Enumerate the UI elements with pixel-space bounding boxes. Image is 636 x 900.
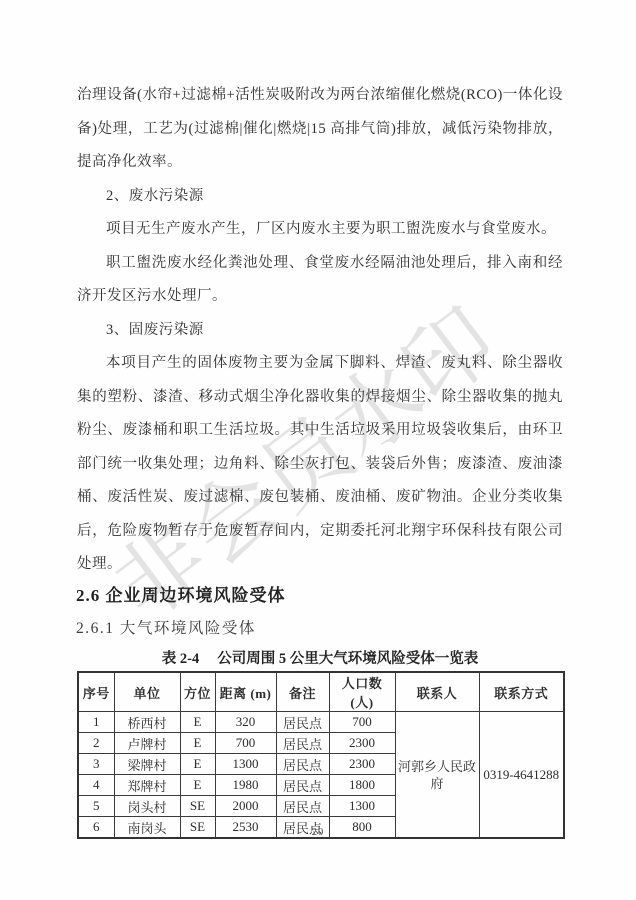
column-header: 距离 (m) <box>215 672 276 712</box>
body-line: 备)处理，工艺为(过滤棉|催化|燃烧|15 高排气筒)排放，减低污染物排放， <box>77 113 563 147</box>
table-cell: 1980 <box>215 775 276 796</box>
body-line: 后，危险废物暂存于危废暂存间内，定期委托河北翔宇环保科技有限公司 <box>77 515 563 549</box>
subsection-heading: 2.6.1 大气环境风险受体 <box>76 616 562 638</box>
table-cell: 居民点 <box>276 775 329 796</box>
column-header: 人口数(人) <box>329 672 395 712</box>
table-cell: 1 <box>78 712 114 733</box>
table-cell: 居民点 <box>276 733 329 754</box>
body-line: 提高净化效率。 <box>77 146 563 180</box>
table-cell: E <box>180 733 215 754</box>
column-header: 单位 <box>114 672 180 712</box>
table-caption: 表 2-4公司周围 5 公里大气环境风险受体一览表 <box>77 647 563 668</box>
page-number: 20 <box>0 827 636 838</box>
table-cell: 2300 <box>329 733 395 754</box>
table-cell: 700 <box>329 712 395 733</box>
table-cell: 2 <box>78 733 114 754</box>
section-heading: 2.6 企业周边环境风险受体 <box>76 581 562 606</box>
body-text: 治理设备(水帘+过滤棉+活性炭吸附改为两台浓缩催化燃烧(RCO)一体化设备)处理… <box>77 79 563 582</box>
body-line: 桶、废活性炭、废过滤棉、废包装桶、废油桶、废矿物油。企业分类收集 <box>77 481 563 515</box>
table-cell: 700 <box>215 733 276 754</box>
table-cell: 2300 <box>329 754 395 775</box>
body-line: 项目无生产废水产生，厂区内废水主要为职工盥洗废水与食堂废水。 <box>77 213 563 247</box>
body-line: 处理。 <box>77 548 563 582</box>
body-line: 集的塑粉、漆渣、移动式烟尘净化器收集的焊接烟尘、除尘器收集的抛丸 <box>77 381 563 415</box>
table-header-row: 序号单位方位距离 (m)备注人口数(人)联系人联系方式 <box>78 672 564 712</box>
table-cell: 梁牌村 <box>114 754 180 775</box>
contact-phone-cell: 0319-4641288 <box>479 712 564 839</box>
table-caption-label: 表 2-4 <box>162 651 199 667</box>
table-cell: E <box>180 712 215 733</box>
column-header: 序号 <box>78 672 114 712</box>
body-line: 部门统一收集处理；边角料、除尘灰打包、装袋后外售；废漆渣、废油漆 <box>77 448 563 482</box>
table-cell: 1300 <box>329 796 395 817</box>
body-line: 济开发区污水处理厂。 <box>77 280 563 314</box>
contact-person-cell: 河郭乡人民政府 <box>395 712 479 839</box>
table-cell: 居民点 <box>276 712 329 733</box>
document-page: 非会员水印 治理设备(水帘+过滤棉+活性炭吸附改为两台浓缩催化燃烧(RCO)一体… <box>0 0 636 900</box>
column-header: 方位 <box>180 672 215 712</box>
table-cell: 居民点 <box>276 796 329 817</box>
table-body: 1桥西村E320居民点700河郭乡人民政府0319-46412882卢牌村E70… <box>78 712 564 839</box>
table-cell: 桥西村 <box>114 712 180 733</box>
table-cell: 2000 <box>215 796 276 817</box>
body-line: 本项目产生的固体废物主要为金属下脚料、焊渣、废丸料、除尘器收 <box>77 347 563 381</box>
table-cell: 320 <box>215 712 276 733</box>
table-cell: SE <box>180 796 215 817</box>
table-cell: E <box>180 754 215 775</box>
table-cell: 4 <box>78 775 114 796</box>
table-cell: 3 <box>78 754 114 775</box>
table-cell: 郑牌村 <box>114 775 180 796</box>
table-cell: 卢牌村 <box>114 733 180 754</box>
table-row: 1桥西村E320居民点700河郭乡人民政府0319-4641288 <box>78 712 564 733</box>
table-cell: 居民点 <box>276 754 329 775</box>
table-cell: 5 <box>78 796 114 817</box>
table-cell: 1300 <box>215 754 276 775</box>
body-line: 粉尘、废漆桶和职工生活垃圾。其中生活垃圾采用垃圾袋收集后，由环卫 <box>77 414 563 448</box>
risk-receptor-table: 序号单位方位距离 (m)备注人口数(人)联系人联系方式 1桥西村E320居民点7… <box>77 671 565 839</box>
table-cell: 岗头村 <box>114 796 180 817</box>
table-cell: 1800 <box>329 775 395 796</box>
body-line: 3、固废污染源 <box>77 314 563 348</box>
body-line: 职工盥洗废水经化粪池处理、食堂废水经隔油池处理后，排入南和经 <box>77 247 563 281</box>
body-line: 2、废水污染源 <box>77 180 563 214</box>
column-header: 联系人 <box>395 672 479 712</box>
column-header: 备注 <box>276 672 329 712</box>
table-cell: E <box>180 775 215 796</box>
column-header: 联系方式 <box>479 672 564 712</box>
table-caption-title: 公司周围 5 公里大气环境风险受体一览表 <box>217 651 478 667</box>
body-line: 治理设备(水帘+过滤棉+活性炭吸附改为两台浓缩催化燃烧(RCO)一体化设 <box>77 79 563 113</box>
